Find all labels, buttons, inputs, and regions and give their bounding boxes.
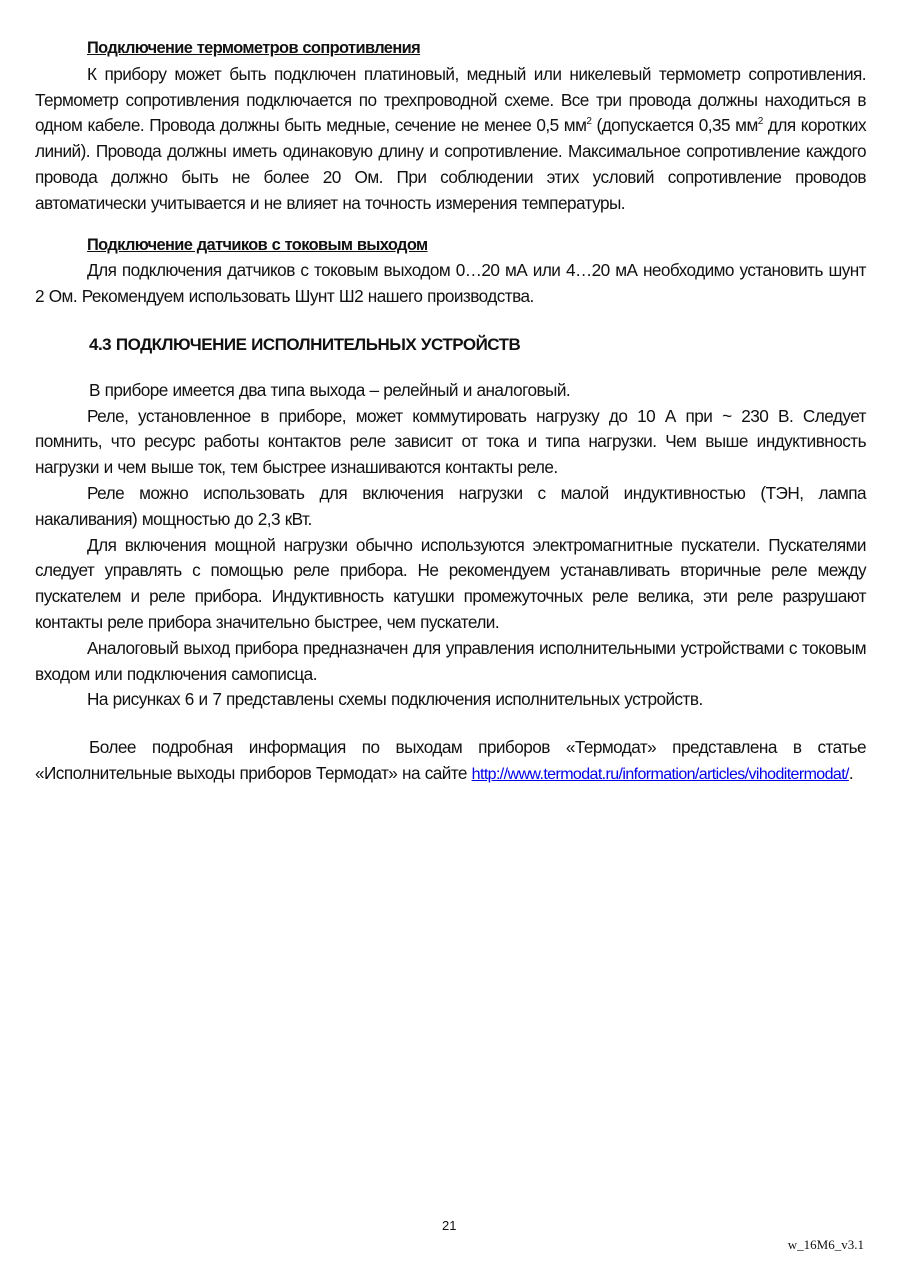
- document-version: w_16M6_v3.1: [788, 1237, 864, 1253]
- document-page: Подключение термометров сопротивления К …: [35, 36, 866, 788]
- actuator-paragraph: Аналоговый выход прибора предназначен дл…: [35, 636, 866, 688]
- section-heading: 4.3 ПОДКЛЮЧЕНИЕ ИСПОЛНИТЕЛЬНЫХ УСТРОЙСТВ: [89, 332, 866, 358]
- rtd-text-b: (допускается 0,35 мм: [591, 115, 757, 135]
- rtd-paragraph: К прибору может быть подключен платиновы…: [35, 62, 866, 217]
- actuator-paragraph: В приборе имеется два типа выхода – реле…: [35, 378, 866, 404]
- page-number: 21: [442, 1218, 456, 1233]
- termodat-article-link[interactable]: http://www.termodat.ru/information/artic…: [472, 766, 849, 783]
- actuator-paragraph: Реле, установленное в приборе, может ком…: [35, 404, 866, 481]
- more-info-paragraph: Более подробная информация по выходам пр…: [35, 735, 866, 788]
- current-sensor-heading: Подключение датчиков с токовым выходом: [87, 233, 866, 259]
- link-suffix: .: [849, 763, 853, 783]
- actuator-paragraph: На рисунках 6 и 7 представлены схемы под…: [35, 687, 866, 713]
- rtd-heading: Подключение термометров сопротивления: [87, 36, 866, 62]
- actuator-paragraph: Реле можно использовать для включения на…: [35, 481, 866, 533]
- actuator-paragraph: Для включения мощной нагрузки обычно исп…: [35, 533, 866, 636]
- current-sensor-paragraph: Для подключения датчиков с токовым выход…: [35, 258, 866, 310]
